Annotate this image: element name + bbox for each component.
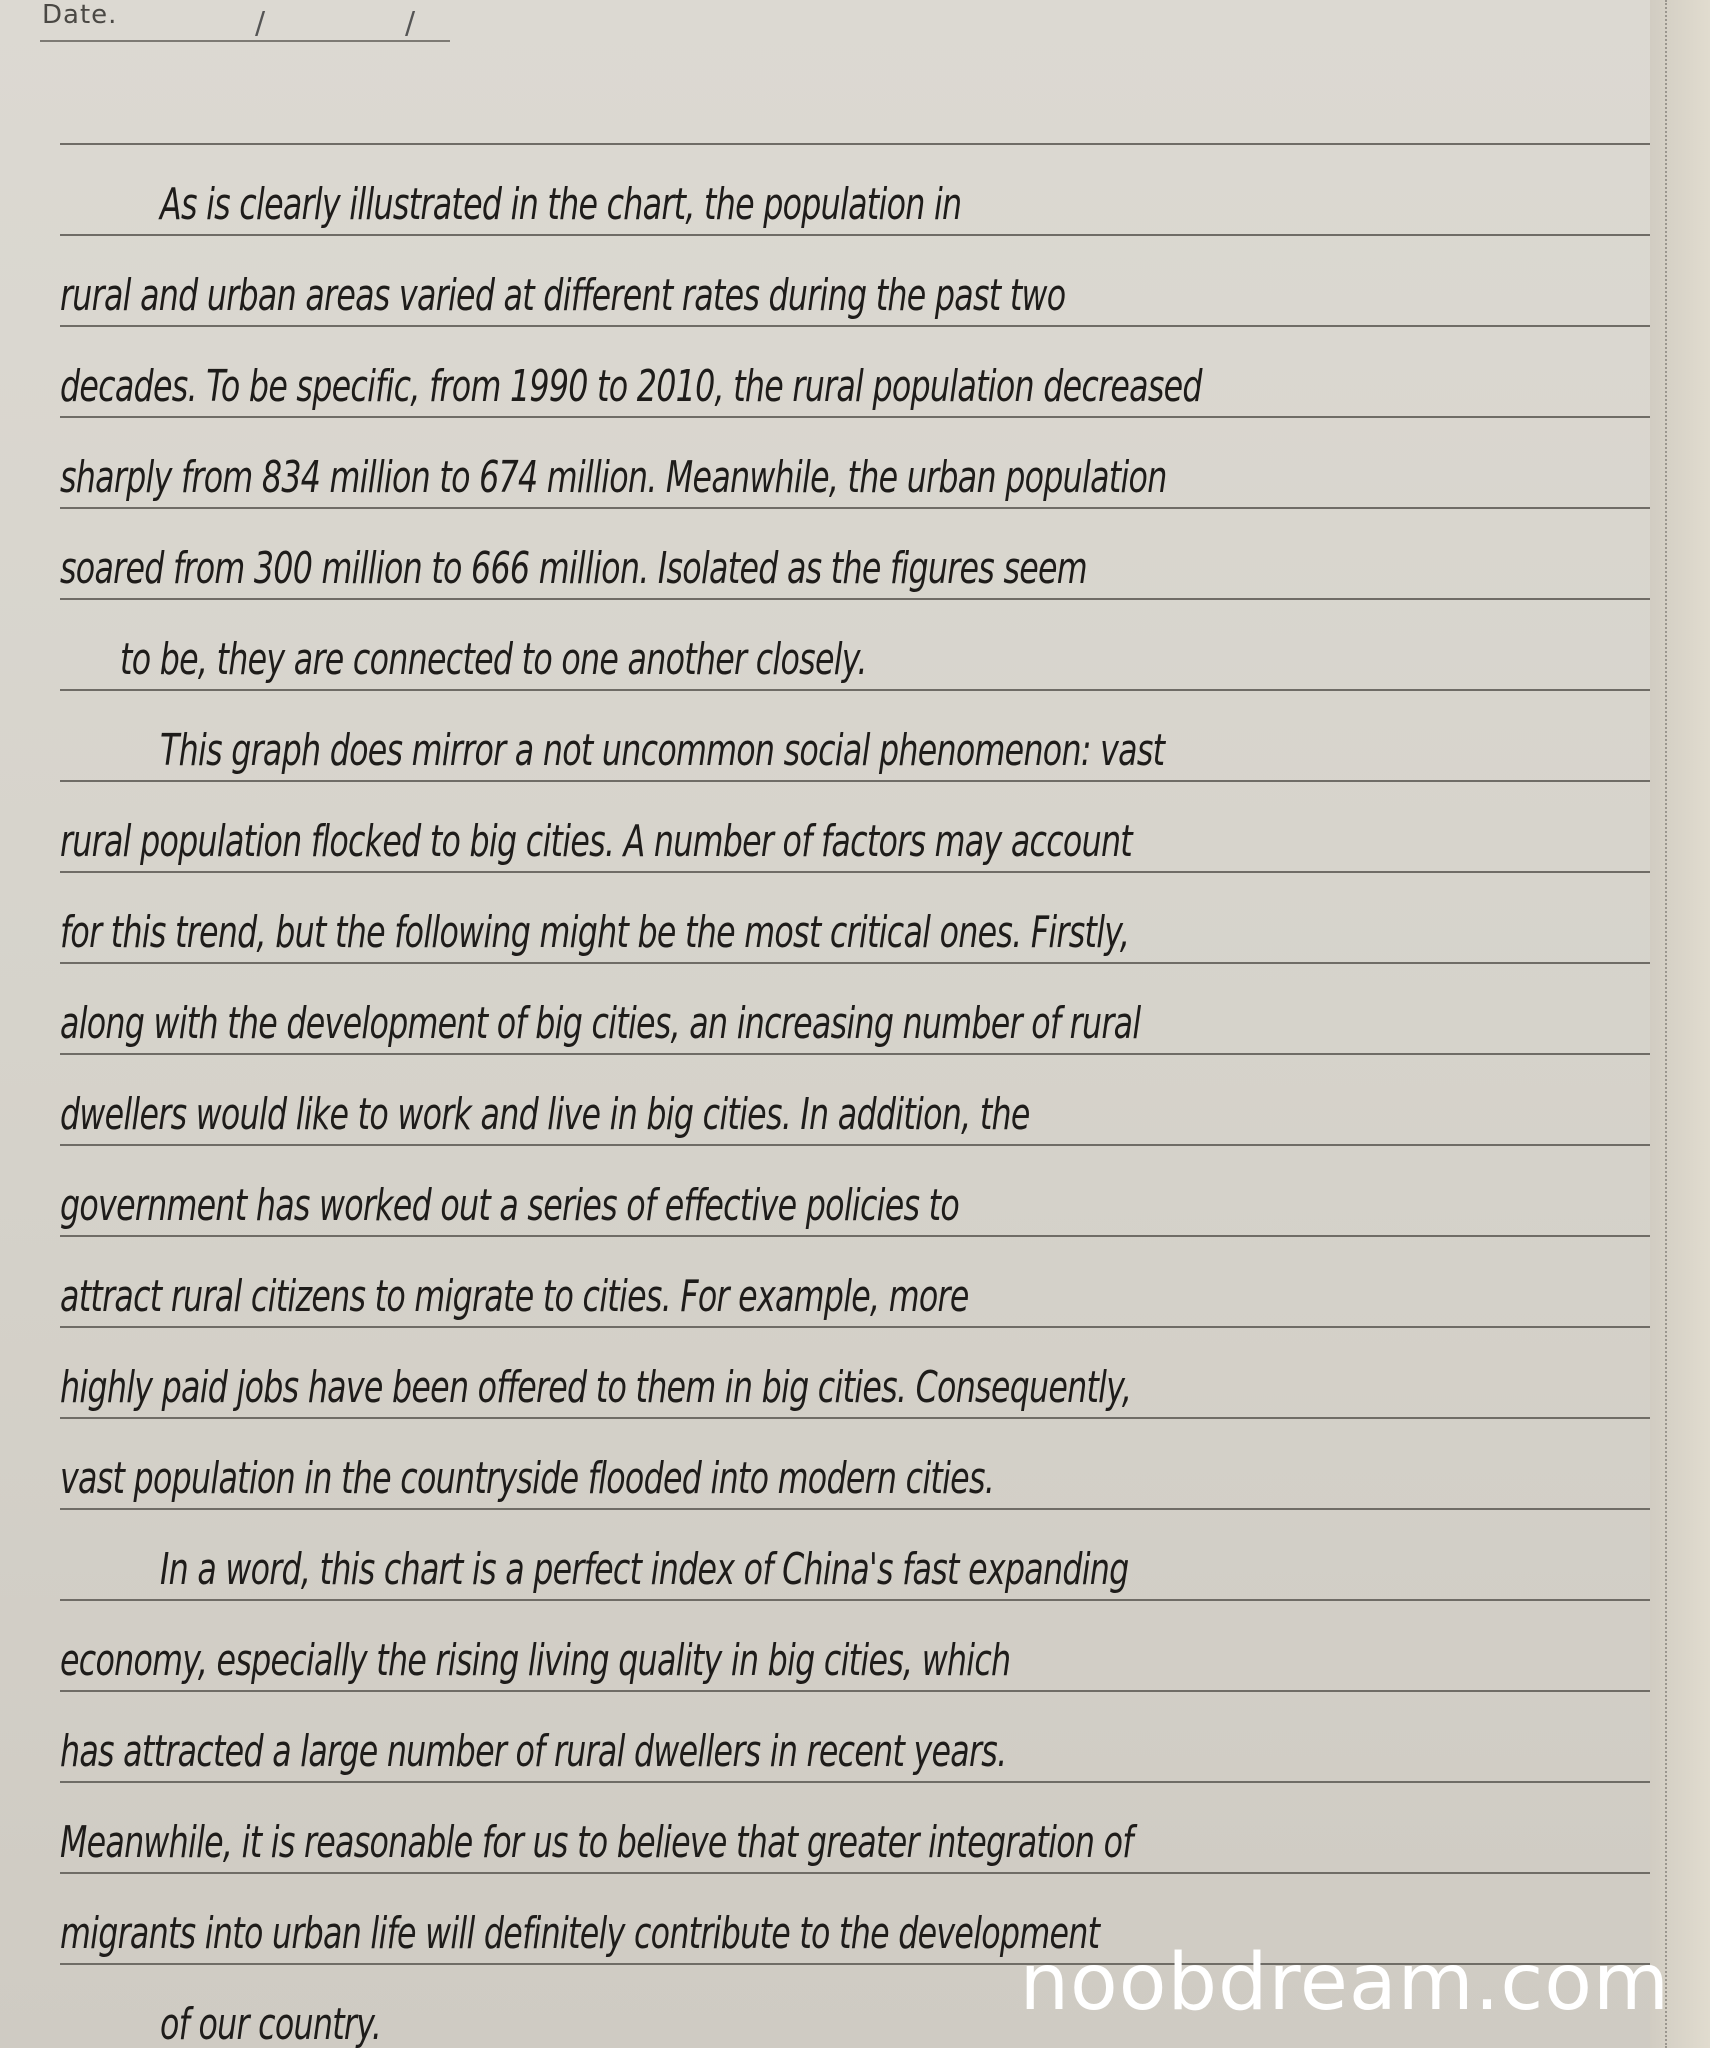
essay-line: has attracted a large number of rural dw… (60, 1726, 1006, 1777)
ruled-line: along with the development of big cities… (60, 964, 1650, 1055)
ruled-line (60, 54, 1650, 145)
essay-line: attract rural citizens to migrate to cit… (60, 1271, 969, 1322)
ruled-line: rural and urban areas varied at differen… (60, 236, 1650, 327)
ruled-line: to be, they are connected to one another… (60, 600, 1650, 691)
essay-body: As is clearly illustrated in the chart, … (60, 54, 1650, 2048)
ruled-line: vast population in the countryside flood… (60, 1419, 1650, 1510)
essay-line: soared from 300 million to 666 million. … (60, 543, 1087, 594)
ruled-line: decades. To be specific, from 1990 to 20… (60, 327, 1650, 418)
essay-line: dwellers would like to work and live in … (60, 1089, 1030, 1140)
ruled-line: sharply from 834 million to 674 million.… (60, 418, 1650, 509)
essay-line: vast population in the countryside flood… (60, 1453, 994, 1504)
essay-line: As is clearly illustrated in the chart, … (160, 179, 961, 230)
ruled-line: This graph does mirror a not uncommon so… (60, 691, 1650, 782)
ruled-line: highly paid jobs have been offered to th… (60, 1328, 1650, 1419)
essay-line: Meanwhile, it is reasonable for us to be… (60, 1817, 1133, 1868)
ruled-line: As is clearly illustrated in the chart, … (60, 145, 1650, 236)
date-label: Date. (42, 0, 117, 30)
date-separator: / (255, 6, 265, 41)
essay-line: of our country. (160, 1999, 381, 2048)
essay-line: This graph does mirror a not uncommon so… (160, 725, 1164, 776)
ruled-line: dwellers would like to work and live in … (60, 1055, 1650, 1146)
essay-line: rural and urban areas varied at differen… (60, 270, 1065, 321)
essay-line: government has worked out a series of ef… (60, 1180, 959, 1231)
essay-line: along with the development of big cities… (60, 998, 1140, 1049)
page-edge (1650, 0, 1710, 2048)
ruled-line: government has worked out a series of ef… (60, 1146, 1650, 1237)
essay-line: to be, they are connected to one another… (120, 634, 867, 685)
essay-line: for this trend, but the following might … (60, 907, 1129, 958)
essay-line: migrants into urban life will definitely… (60, 1908, 1099, 1959)
essay-line: In a word, this chart is a perfect index… (160, 1544, 1129, 1595)
margin-dotted-line (1665, 0, 1667, 2048)
essay-line: sharply from 834 million to 674 million.… (60, 452, 1167, 503)
ruled-line: rural population flocked to big cities. … (60, 782, 1650, 873)
essay-line: decades. To be specific, from 1990 to 20… (60, 361, 1202, 412)
ruled-line: In a word, this chart is a perfect index… (60, 1510, 1650, 1601)
ruled-line: Meanwhile, it is reasonable for us to be… (60, 1783, 1650, 1874)
ruled-line: soared from 300 million to 666 million. … (60, 509, 1650, 600)
date-separator: / (405, 6, 415, 41)
date-underline (40, 40, 450, 42)
ruled-line: for this trend, but the following might … (60, 873, 1650, 964)
ruled-line: attract rural citizens to migrate to cit… (60, 1237, 1650, 1328)
essay-line: highly paid jobs have been offered to th… (60, 1362, 1131, 1413)
essay-line: rural population flocked to big cities. … (60, 816, 1132, 867)
essay-line: economy, especially the rising living qu… (60, 1635, 1010, 1686)
watermark: noobdream.com (1020, 1938, 1670, 2028)
ruled-line: economy, especially the rising living qu… (60, 1601, 1650, 1692)
ruled-line: has attracted a large number of rural dw… (60, 1692, 1650, 1783)
